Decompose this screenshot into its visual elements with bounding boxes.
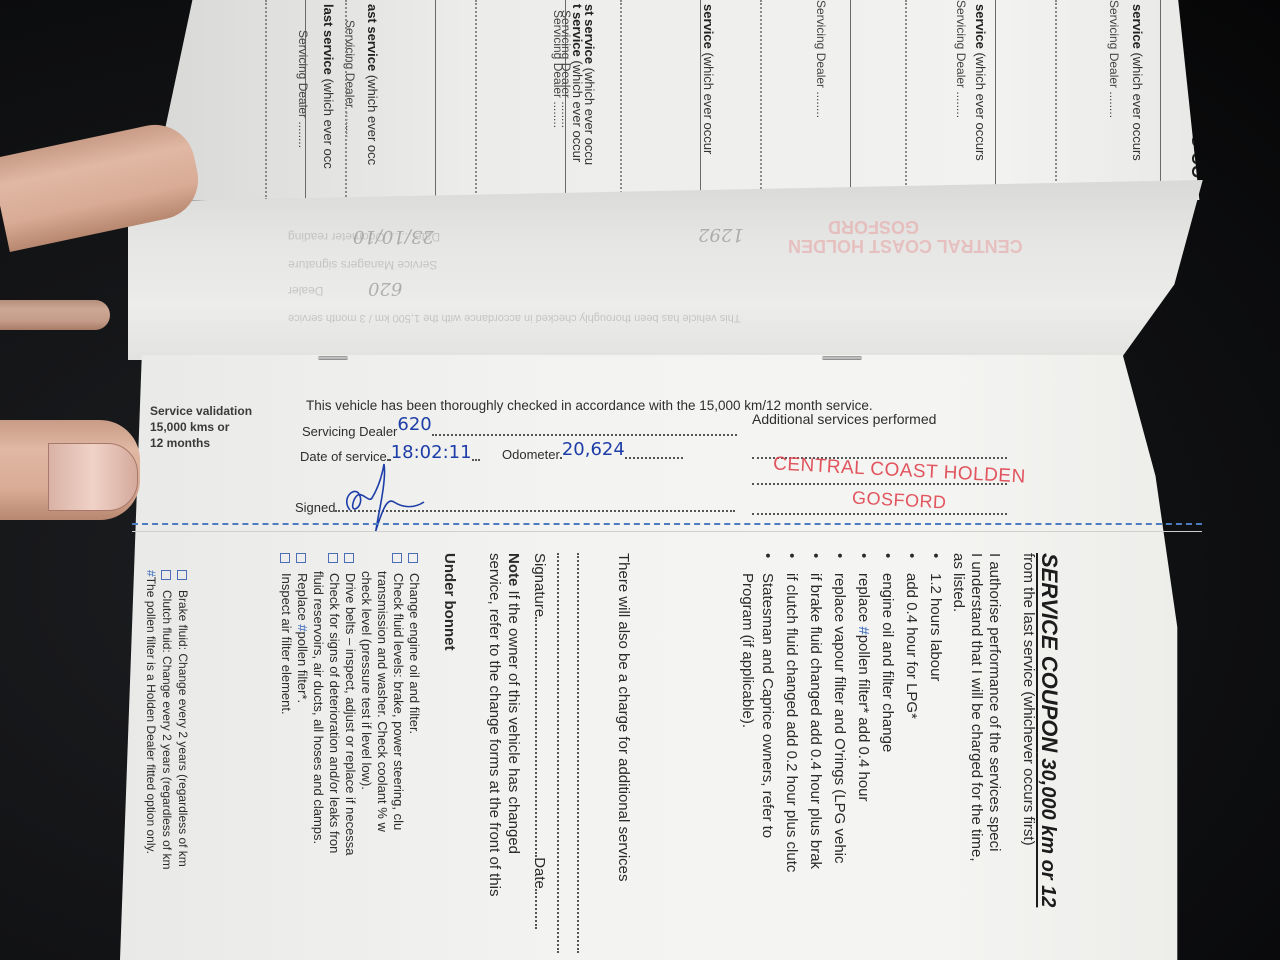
footnote-pollen-filter: #The pollen filter is a Holden Dealer fi… — [144, 570, 158, 854]
service-column-heading: service (which ever occurs — [973, 4, 988, 161]
coupon-bullet: 1.2 hours labour — [927, 553, 944, 681]
ghost-dealer-line: Dealer — [288, 284, 323, 298]
servicing-dealer-label: Servicing Dealer ........ — [954, 0, 968, 118]
checkbox[interactable] — [392, 553, 402, 563]
coupon-bullet: engine oil and filter change — [879, 553, 896, 752]
checklist-item-continuation: fluid reservoirs, air ducts, all hoses a… — [311, 571, 326, 844]
service-column-heading: t service (which ever occur — [570, 4, 585, 162]
authorise-line-2: I understand that I will be charged for … — [968, 553, 985, 862]
checklist-item: Replace #pollen filter*. — [295, 553, 310, 703]
ghost-stamp-line1: CENTRAL COAST HOLDEN — [788, 235, 1023, 256]
folded-flap: Date ....... Odometer reading Service Ma… — [128, 180, 1218, 360]
service-column-heading: ast service (which ever occ — [365, 4, 380, 165]
service-column-heading: service (which ever occurs — [1130, 4, 1145, 161]
service-column-3: service (which ever occur Servicing Deal… — [700, 0, 851, 200]
servicing-dealer-label: Servicing Dealer ........ — [1107, 0, 1121, 118]
footnote-brake-fluid: Brake fluid: Change every 2 years (regar… — [176, 570, 190, 867]
ghost-stamp-line2: GOSFORD — [828, 216, 919, 237]
service-column-4: t service (which ever occur Servicing De… — [565, 0, 701, 200]
checkbox[interactable] — [161, 570, 171, 580]
checkbox[interactable] — [296, 553, 306, 563]
coupon-bullet: add 0.4 hour for LPG* — [903, 553, 920, 719]
checkbox[interactable] — [280, 553, 290, 563]
signature-scribble — [338, 458, 428, 538]
checklist-item: Check fluid levels: brake, power steerin… — [391, 553, 406, 830]
checklist-item-continuation: transmission and washer. Check coolant %… — [375, 571, 390, 832]
checkbox[interactable] — [344, 553, 354, 563]
service-column-heading: service (which ever occur — [701, 4, 716, 154]
servicing-dealer-value: 620 — [397, 414, 431, 435]
checkbox[interactable] — [328, 553, 338, 563]
checklist-item: Inspect air filter element. — [279, 553, 294, 715]
coupon-bullet: replace #pollen filter* add 0.4 hour — [855, 553, 872, 802]
additional-services-label: Additional services performed — [752, 411, 936, 427]
thumbnail — [48, 443, 138, 511]
additional-charge-line-1 — [573, 553, 590, 953]
servicing-dealer-label: Servicing Dealer ........ — [551, 10, 565, 128]
note-line-1: Note If the owner of this vehicle has ch… — [505, 553, 522, 854]
coupon-bullet: if brake fluid changed add 0.4 hour plus… — [807, 553, 824, 869]
checkbox[interactable] — [177, 570, 187, 580]
service-validation-label: Service validation 15,000 kms or 12 mont… — [150, 403, 252, 451]
odometer-value: 20,624 — [562, 439, 625, 460]
middle-finger — [0, 300, 110, 330]
servicing-dealer-label: Servicing Dealer ........ — [814, 0, 828, 118]
checklist-item: Change engine oil and filter. — [407, 553, 422, 734]
authorise-line-1: I authorise performance of the services … — [986, 553, 1003, 851]
authorise-line-3: as listed. — [950, 553, 967, 612]
service-column-6: ast service (which ever occ Servicing De… — [305, 0, 436, 200]
ghost-footer-line: This vehicle has been thoroughly checked… — [288, 312, 740, 324]
checklist-item-continuation: check level (pressure test if level low)… — [359, 571, 374, 790]
staple — [822, 356, 862, 360]
checklist-item: Drive belts – inspect, adjust or replace… — [343, 553, 358, 856]
coupon-bullet: Statesman and Caprice owners, refer to — [759, 553, 776, 838]
coupon-bullet: replace vapour filter and O'rings (LPG v… — [831, 553, 848, 864]
signature-field: SignatureDate — [531, 553, 548, 929]
perforation-line — [132, 523, 1202, 525]
coupon-subtitle: from the last service (whichever occurs … — [1020, 553, 1037, 846]
ghost-handwritten-dealer: 620 — [368, 278, 402, 299]
ghost-handwritten-odometer: 1292 — [698, 224, 744, 245]
requirements-header: REQUIREMENTS CO — [1187, 4, 1207, 179]
tear-edge — [132, 531, 1202, 532]
under-bonnet-heading: Under bonnet — [441, 553, 458, 651]
note-line-2: service, refer to the change forms at th… — [486, 553, 503, 897]
odometer-field: Odometer20,624 — [502, 443, 683, 464]
coupon-bullet: if clutch fluid changed add 0.2 hour plu… — [783, 553, 800, 872]
servicing-dealer-field: Servicing Dealer620 — [302, 420, 737, 441]
staple — [318, 356, 348, 360]
ghost-handwritten-date: 23/10/10 — [353, 226, 434, 247]
service-column-5: st service (which ever occu Servicing De… — [435, 0, 566, 200]
ghost-signature-line: Service Managers signature — [288, 258, 437, 272]
footnote-clutch-fluid: Clutch fluid: Change every 2 years (rega… — [160, 570, 174, 869]
service-column-7: last service (which ever occ Servicing D… — [210, 0, 306, 200]
checklist-item: Check for signs of deterioration and/or … — [327, 553, 342, 853]
additional-charge-text: There will also be a charge for addition… — [615, 553, 632, 882]
service-column-2: service (which ever occurs Servicing Dea… — [850, 0, 996, 200]
service-column-1: service (which ever occurs Servicing Dea… — [995, 0, 1161, 200]
top-page: last service (which ever occ Servicing D… — [150, 0, 1210, 200]
checkbox[interactable] — [408, 553, 418, 563]
coupon-bullet-continuation: Program (if applicable). — [739, 573, 756, 728]
additional-charge-line-2 — [553, 553, 570, 953]
coupon-title: SERVICE COUPON 30,000 km or 12 — [1036, 553, 1062, 907]
